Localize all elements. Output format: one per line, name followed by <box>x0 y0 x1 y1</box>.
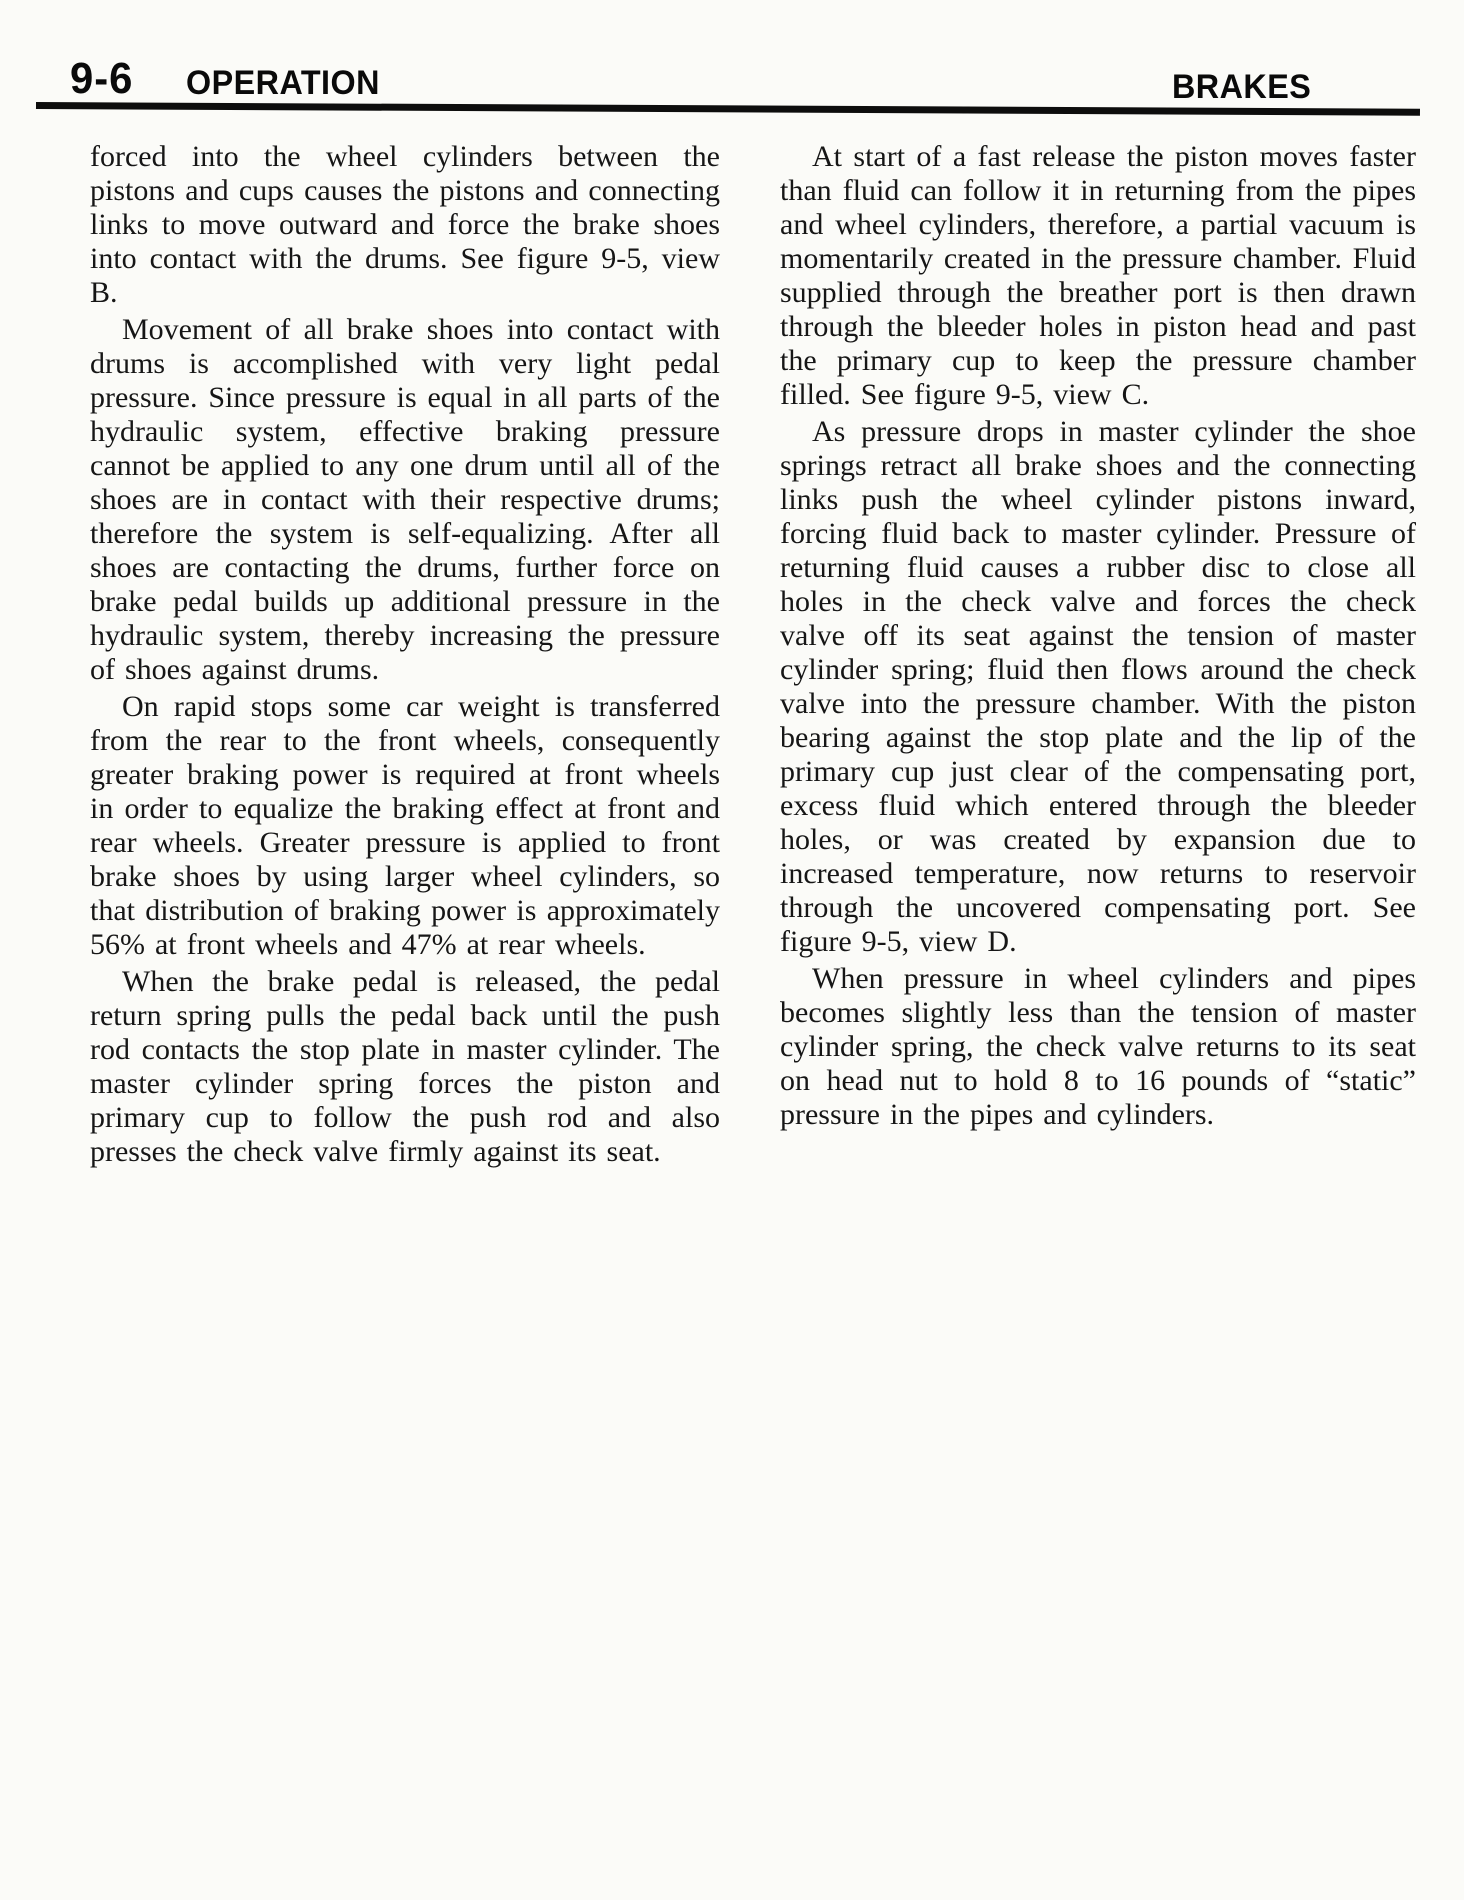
right-column: At start of a fast release the piston mo… <box>780 140 1416 1135</box>
manual-page: 9-6 OPERATION BRAKES forced into the whe… <box>0 0 1464 1900</box>
section-title-operation: OPERATION <box>186 64 380 103</box>
paragraph: At start of a fast release the piston mo… <box>780 140 1416 412</box>
paragraph: Movement of all brake shoes into contact… <box>90 313 720 687</box>
paragraph: On rapid stops some car weight is transf… <box>90 690 720 962</box>
paragraph: When pressure in wheel cylinders and pip… <box>780 962 1416 1132</box>
page-number: 9-6 <box>70 54 133 104</box>
paragraph: As pressure drops in master cylinder the… <box>780 415 1416 959</box>
left-column: forced into the wheel cylinders between … <box>90 140 720 1172</box>
paragraph: When the brake pedal is released, the pe… <box>90 965 720 1169</box>
paragraph: forced into the wheel cylinders between … <box>90 140 720 310</box>
section-title-brakes: BRAKES <box>1172 68 1311 107</box>
